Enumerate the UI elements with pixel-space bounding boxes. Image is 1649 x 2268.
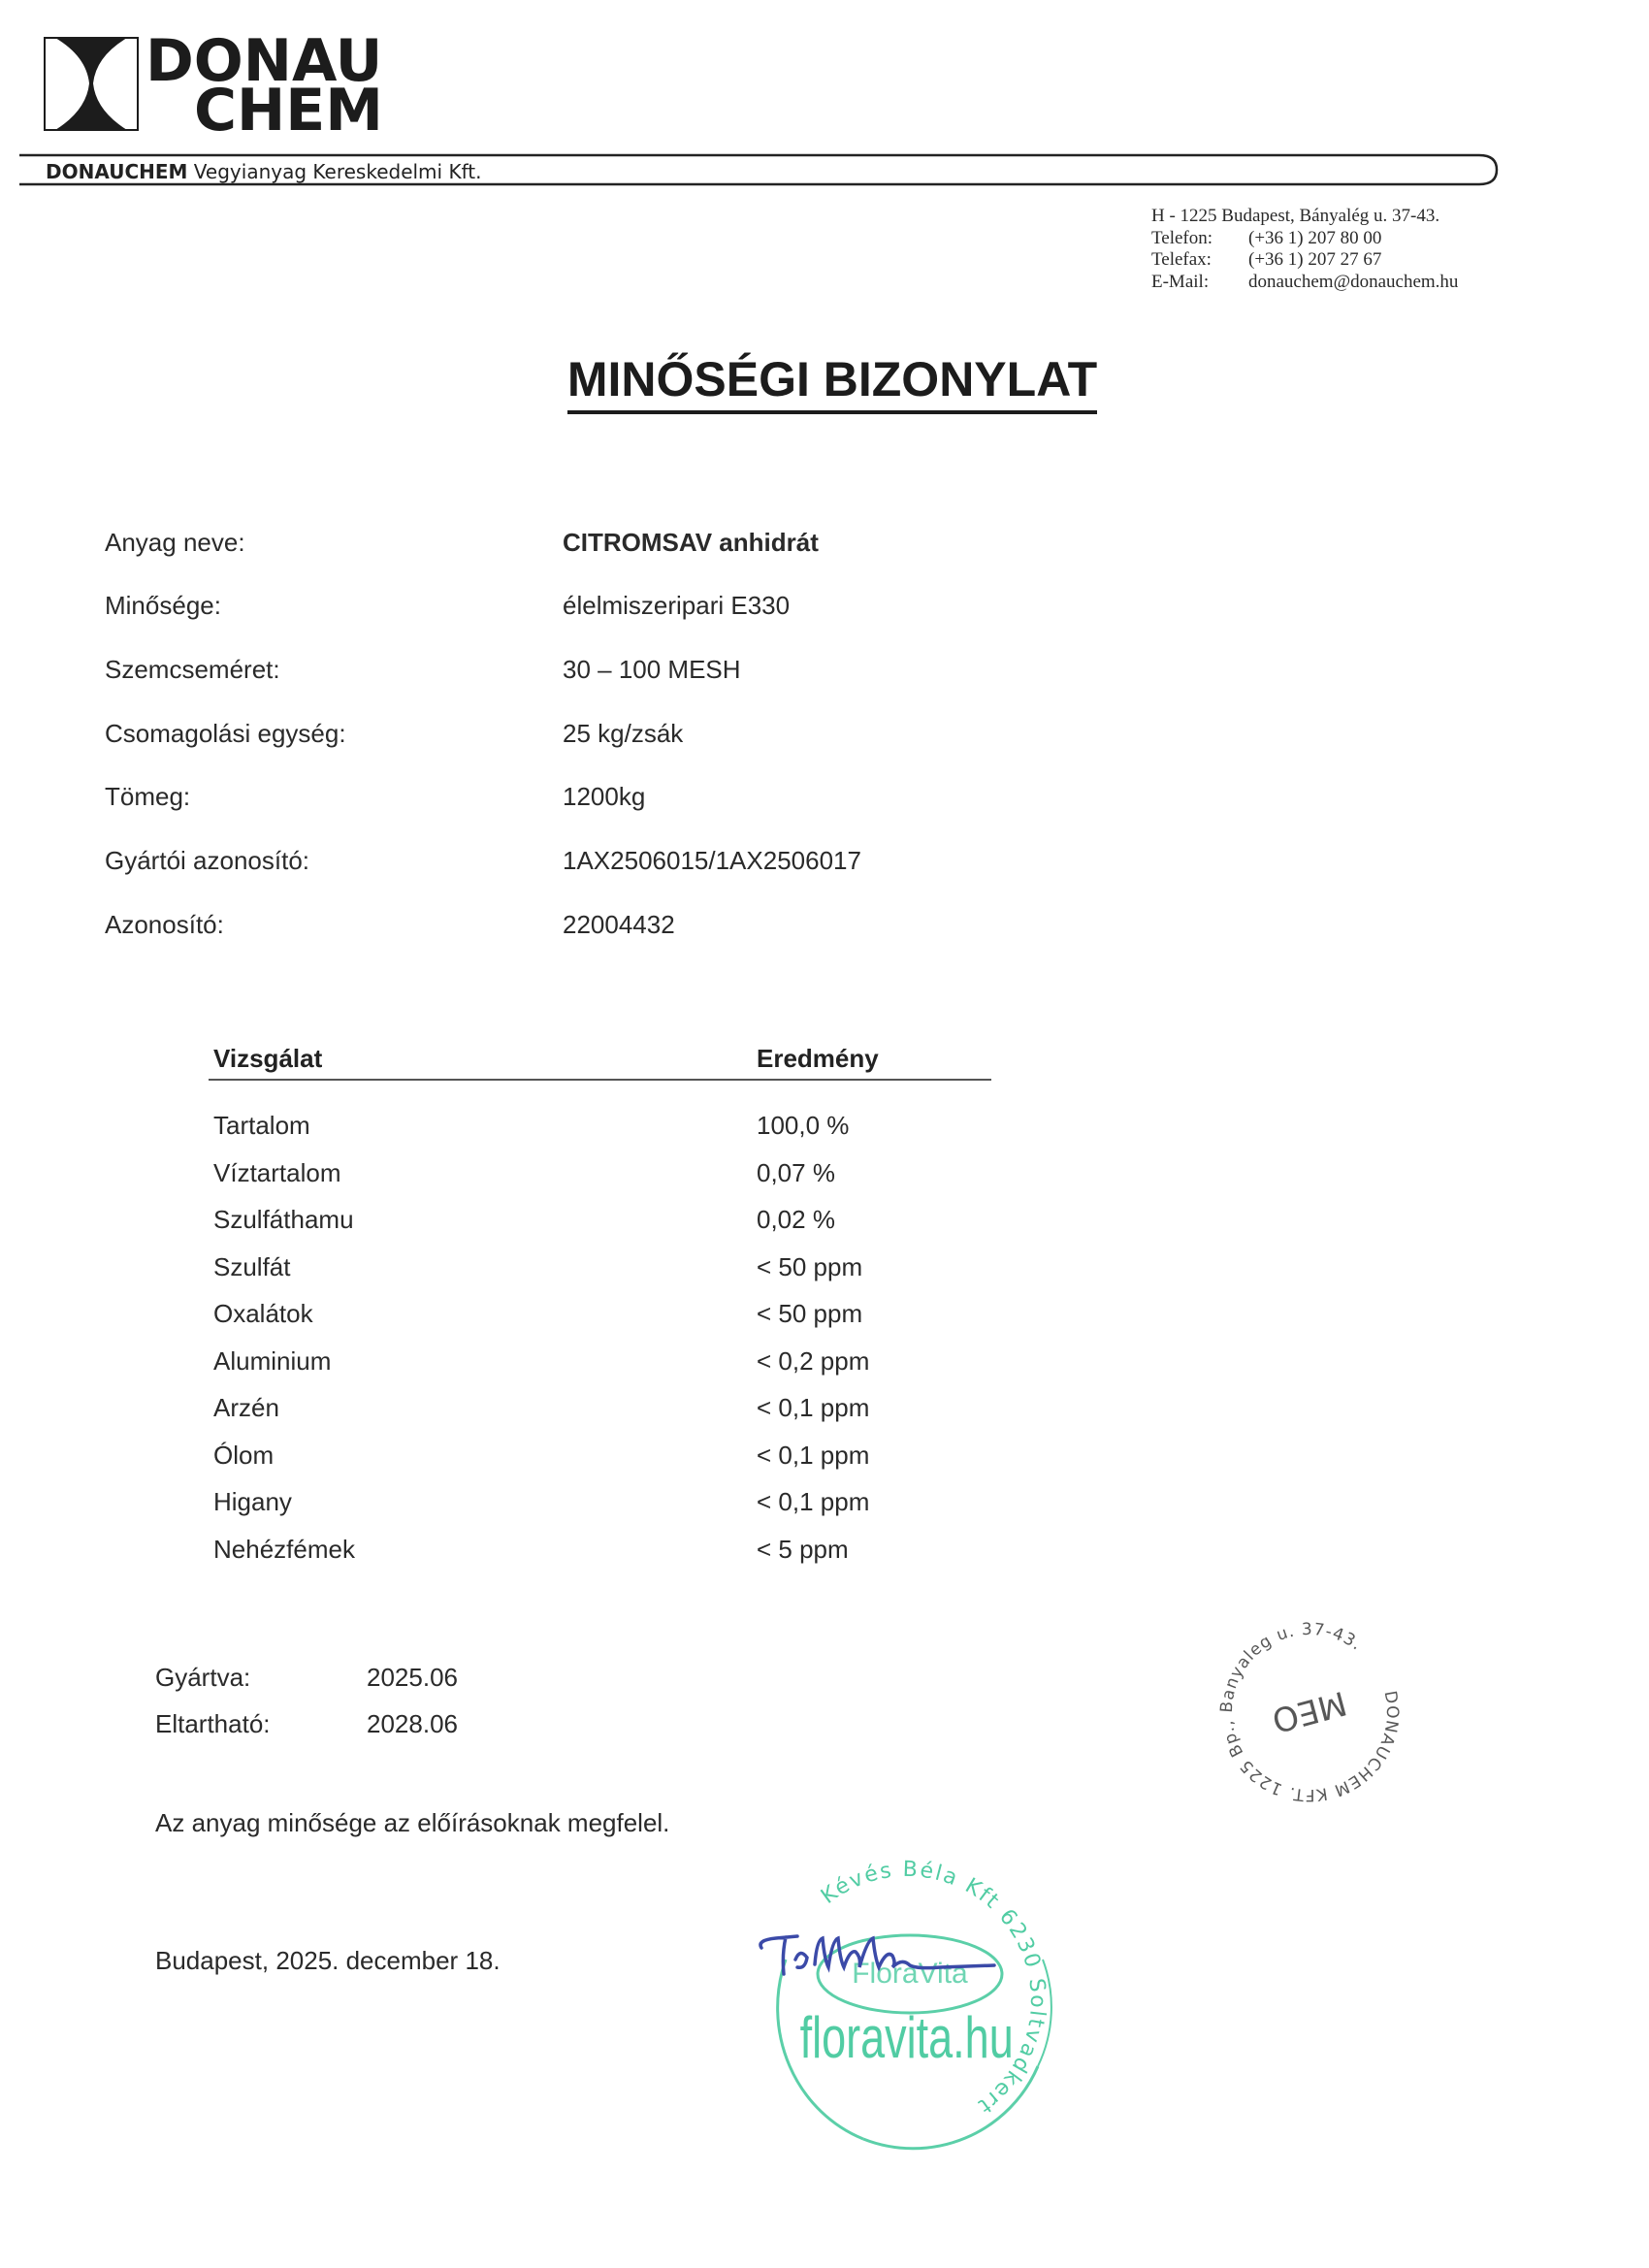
- info-value-packaging: 25 kg/zsák: [563, 719, 683, 749]
- info-label: Anyag neve:: [105, 528, 245, 558]
- production-date-label: Gyártva:: [155, 1663, 250, 1693]
- info-label: Szemcseméret:: [105, 655, 280, 685]
- test-result: 100,0 %: [757, 1111, 849, 1141]
- contact-label: Telefax:: [1151, 249, 1248, 272]
- contact-value: donauchem@donauchem.hu: [1248, 272, 1458, 292]
- contact-fax: Telefax:(+36 1) 207 27 67: [1151, 249, 1458, 272]
- svg-text:MEO: MEO: [1268, 1683, 1350, 1740]
- company-name-rest: Vegyianyag Kereskedelmi Kft.: [187, 160, 481, 183]
- document-title-text: MINŐSÉGI BIZONYLAT: [567, 352, 1097, 414]
- info-value-manufacturer-id: 1AX2506015/1AX2506017: [563, 846, 861, 876]
- info-label: Minősége:: [105, 591, 221, 621]
- company-name-bold: DONAUCHEM: [46, 160, 187, 183]
- test-result: < 50 ppm: [757, 1252, 862, 1282]
- company-stamp-icon: Kévés Béla Kft 6230 Soltvadkert FloraVit…: [747, 1843, 1067, 2154]
- test-name: Oxalátok: [213, 1299, 313, 1329]
- info-value-id: 22004432: [563, 910, 675, 940]
- document-title: MINŐSÉGI BIZONYLAT: [0, 351, 1649, 407]
- info-value-product-name: CITROMSAV anhidrát: [563, 528, 819, 558]
- contact-label: Telefon:: [1151, 228, 1248, 250]
- expiry-date-label: Eltartható:: [155, 1709, 271, 1739]
- test-name: Víztartalom: [213, 1158, 341, 1188]
- contact-value: (+36 1) 207 80 00: [1248, 228, 1381, 248]
- test-result: < 50 ppm: [757, 1299, 862, 1329]
- test-result: < 5 ppm: [757, 1535, 849, 1565]
- test-name: Ólom: [213, 1441, 274, 1471]
- info-label: Azonosító:: [105, 910, 224, 940]
- info-label: Gyártói azonosító:: [105, 846, 309, 876]
- test-name: Szulfáthamu: [213, 1205, 354, 1235]
- contact-email: E-Mail:donauchem@donauchem.hu: [1151, 272, 1458, 294]
- production-date-value: 2025.06: [367, 1663, 458, 1693]
- address: H - 1225 Budapest, Bányalég u. 37-43.: [1151, 206, 1458, 228]
- compliance-statement: Az anyag minősége az előírásoknak megfel…: [155, 1808, 669, 1838]
- test-name: Aluminium: [213, 1346, 331, 1377]
- place-and-date: Budapest, 2025. december 18.: [155, 1946, 501, 1976]
- test-name: Nehézfémek: [213, 1535, 355, 1565]
- expiry-date-value: 2028.06: [367, 1709, 458, 1739]
- contact-label: E-Mail:: [1151, 272, 1248, 294]
- contact-value: (+36 1) 207 27 67: [1248, 249, 1381, 270]
- test-name: Arzén: [213, 1393, 279, 1423]
- svg-text:FloraVita: FloraVita: [852, 1958, 968, 1990]
- info-label: Csomagolási egység:: [105, 719, 346, 749]
- test-name: Higany: [213, 1487, 292, 1517]
- test-result: < 0,1 ppm: [757, 1441, 869, 1471]
- company-name: DONAUCHEM Vegyianyag Kereskedelmi Kft.: [46, 160, 481, 183]
- test-result: 0,07 %: [757, 1158, 835, 1188]
- donauchem-logo-icon: [44, 37, 139, 131]
- contact-phone: Telefon:(+36 1) 207 80 00: [1151, 228, 1458, 250]
- info-value-grain-size: 30 – 100 MESH: [563, 655, 741, 685]
- test-result: < 0,2 ppm: [757, 1346, 869, 1377]
- test-result: < 0,1 ppm: [757, 1393, 869, 1423]
- test-name: Szulfát: [213, 1252, 291, 1282]
- test-name: Tartalom: [213, 1111, 310, 1141]
- meo-stamp-icon: DONAUCHEM KFT. 1225 Bp., Banyaleg u. 37-…: [1203, 1605, 1416, 1819]
- logo-wordmark-line2: CHEM: [194, 83, 383, 138]
- info-value-quality: élelmiszeripari E330: [563, 591, 790, 621]
- info-value-weight: 1200kg: [563, 782, 645, 812]
- table-header-divider: [209, 1079, 991, 1081]
- svg-text:floravita.hu: floravita.hu: [800, 2006, 1014, 2071]
- contact-block: H - 1225 Budapest, Bányalég u. 37-43. Te…: [1151, 206, 1458, 293]
- table-header-test: Vizsgálat: [213, 1044, 322, 1074]
- info-label: Tömeg:: [105, 782, 190, 812]
- test-result: 0,02 %: [757, 1205, 835, 1235]
- table-header-result: Eredmény: [757, 1044, 879, 1074]
- test-result: < 0,1 ppm: [757, 1487, 869, 1517]
